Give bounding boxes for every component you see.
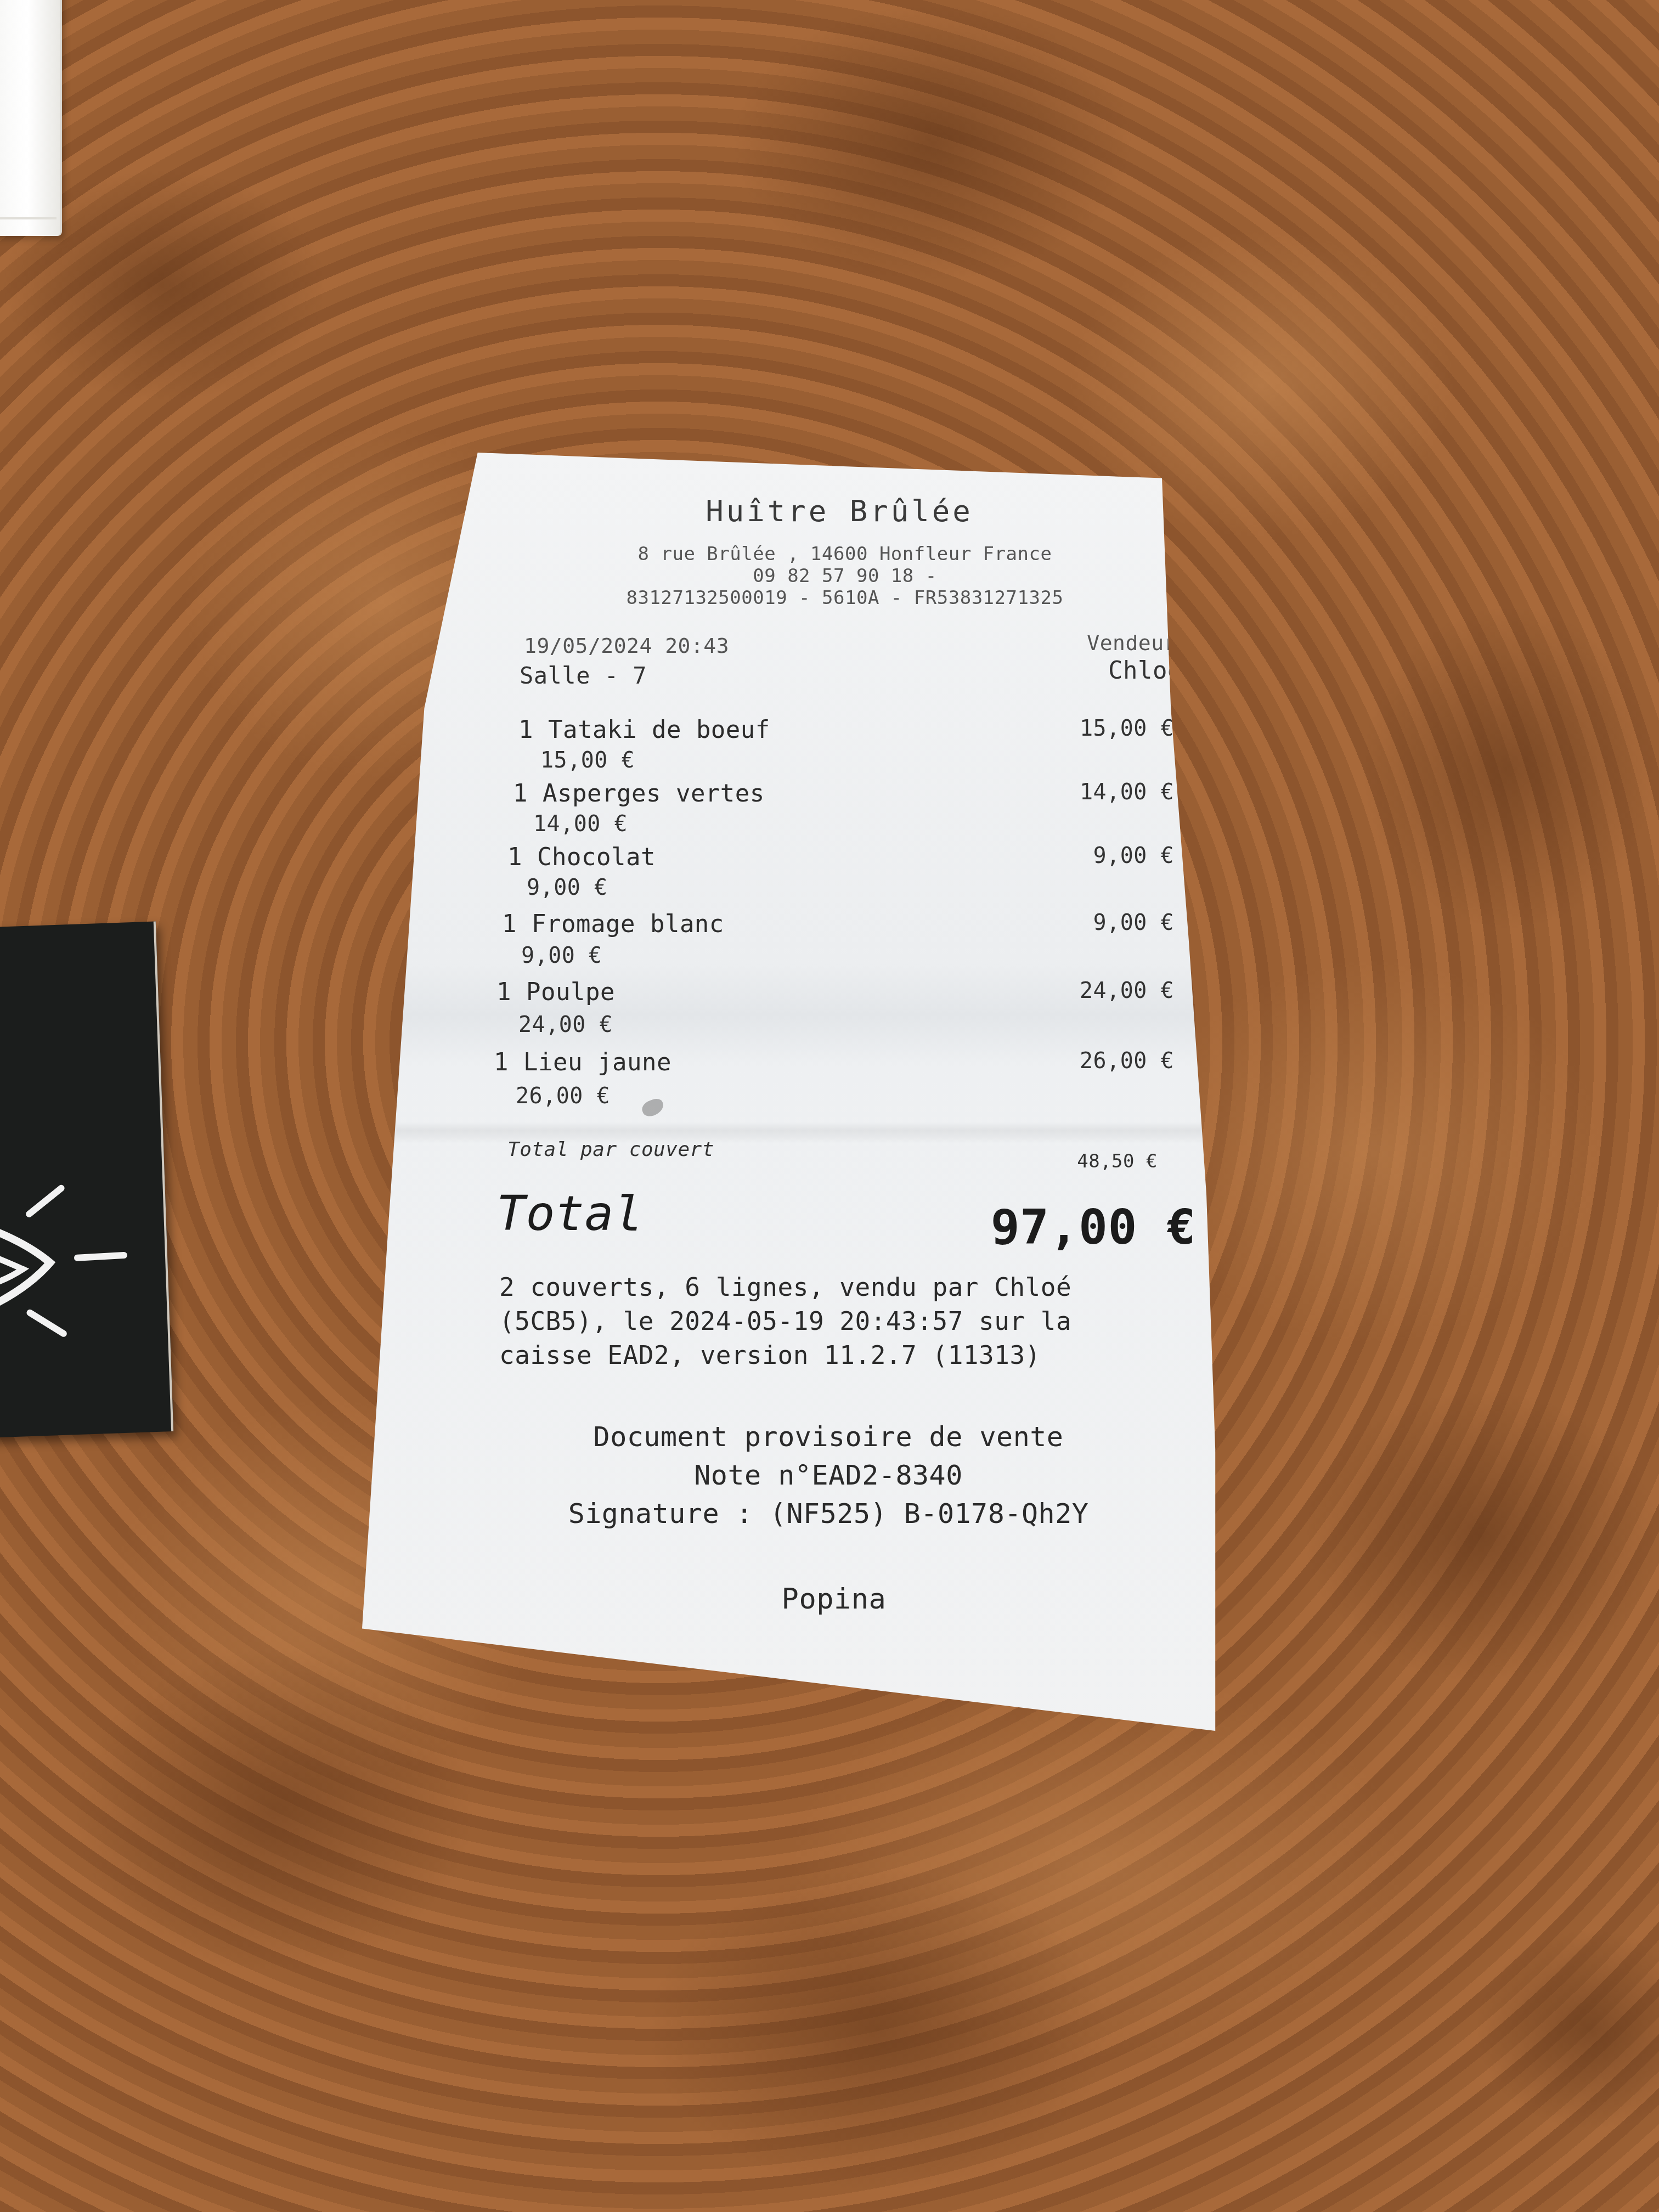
total-value: 97,00 €: [991, 1199, 1196, 1255]
document-type: Document provisoire de vente: [362, 1421, 1251, 1453]
shop-address: 8 rue Brûlée , 14600 Honfleur France: [362, 543, 1251, 565]
shop-ids: 83127132500019 - 5610A - FR53831271325: [362, 587, 1251, 609]
receipt-datetime: 19/05/2024 20:43: [524, 634, 729, 658]
black-card: [0, 922, 173, 1440]
item-total: 26,00 €: [1080, 1048, 1174, 1074]
total-label: Total: [496, 1185, 643, 1242]
item-unit-price: 9,00 €: [527, 875, 608, 900]
sun-eye-doodle-icon: [0, 922, 171, 1440]
item-name: 1 Tataki de boeuf: [518, 716, 770, 744]
item-total: 9,00 €: [1093, 843, 1175, 868]
line-item: 1 Chocolat 9,00 € 9,00 €: [362, 843, 1251, 908]
receipt: Huître Brûlée 8 rue Brûlée , 14600 Honfl…: [362, 453, 1251, 1731]
item-name: 1 Lieu jaune: [494, 1048, 672, 1076]
line-item: 1 Poulpe 24,00 € 24,00 €: [362, 978, 1251, 1043]
line-item: 1 Tataki de boeuf 15,00 € 15,00 €: [362, 716, 1251, 781]
note-number: Note n°EAD2-8340: [362, 1459, 1251, 1491]
item-name: 1 Poulpe: [496, 978, 615, 1006]
item-unit-price: 15,00 €: [540, 748, 635, 773]
item-name: 1 Chocolat: [507, 843, 656, 871]
pos-brand: Popina: [362, 1583, 1251, 1616]
per-cover-value: 48,50 €: [1077, 1150, 1158, 1172]
item-unit-price: 26,00 €: [516, 1084, 610, 1109]
item-total: 14,00 €: [1080, 780, 1174, 805]
vendor-label: Vendeur: [1087, 631, 1177, 655]
receipt-room: Salle - 7: [520, 662, 647, 689]
shop-phone: 09 82 57 90 18 -: [362, 565, 1251, 587]
item-name: 1 Asperges vertes: [513, 780, 765, 808]
signature: Signature : (NF525) B-0178-Qh2Y: [362, 1498, 1251, 1530]
sale-summary: 2 couverts, 6 lignes, vendu par Chloé (5…: [499, 1270, 1071, 1372]
line-item: 1 Asperges vertes 14,00 € 14,00 €: [362, 780, 1251, 844]
napkin: [0, 0, 62, 236]
line-item: 1 Fromage blanc 9,00 € 9,00 €: [362, 910, 1251, 975]
item-total: 24,00 €: [1080, 978, 1174, 1003]
item-unit-price: 24,00 €: [518, 1012, 613, 1037]
line-item: 1 Lieu jaune 26,00 € 26,00 €: [362, 1048, 1251, 1113]
item-unit-price: 14,00 €: [533, 811, 628, 837]
item-name: 1 Fromage blanc: [502, 910, 724, 938]
item-unit-price: 9,00 €: [521, 943, 602, 968]
shop-name: Huître Brûlée: [362, 494, 1251, 528]
item-total: 9,00 €: [1093, 910, 1175, 935]
vendor-name: Chloé: [1108, 657, 1182, 685]
per-cover-label: Total par couvert: [507, 1138, 714, 1161]
item-total: 15,00 €: [1080, 716, 1174, 741]
